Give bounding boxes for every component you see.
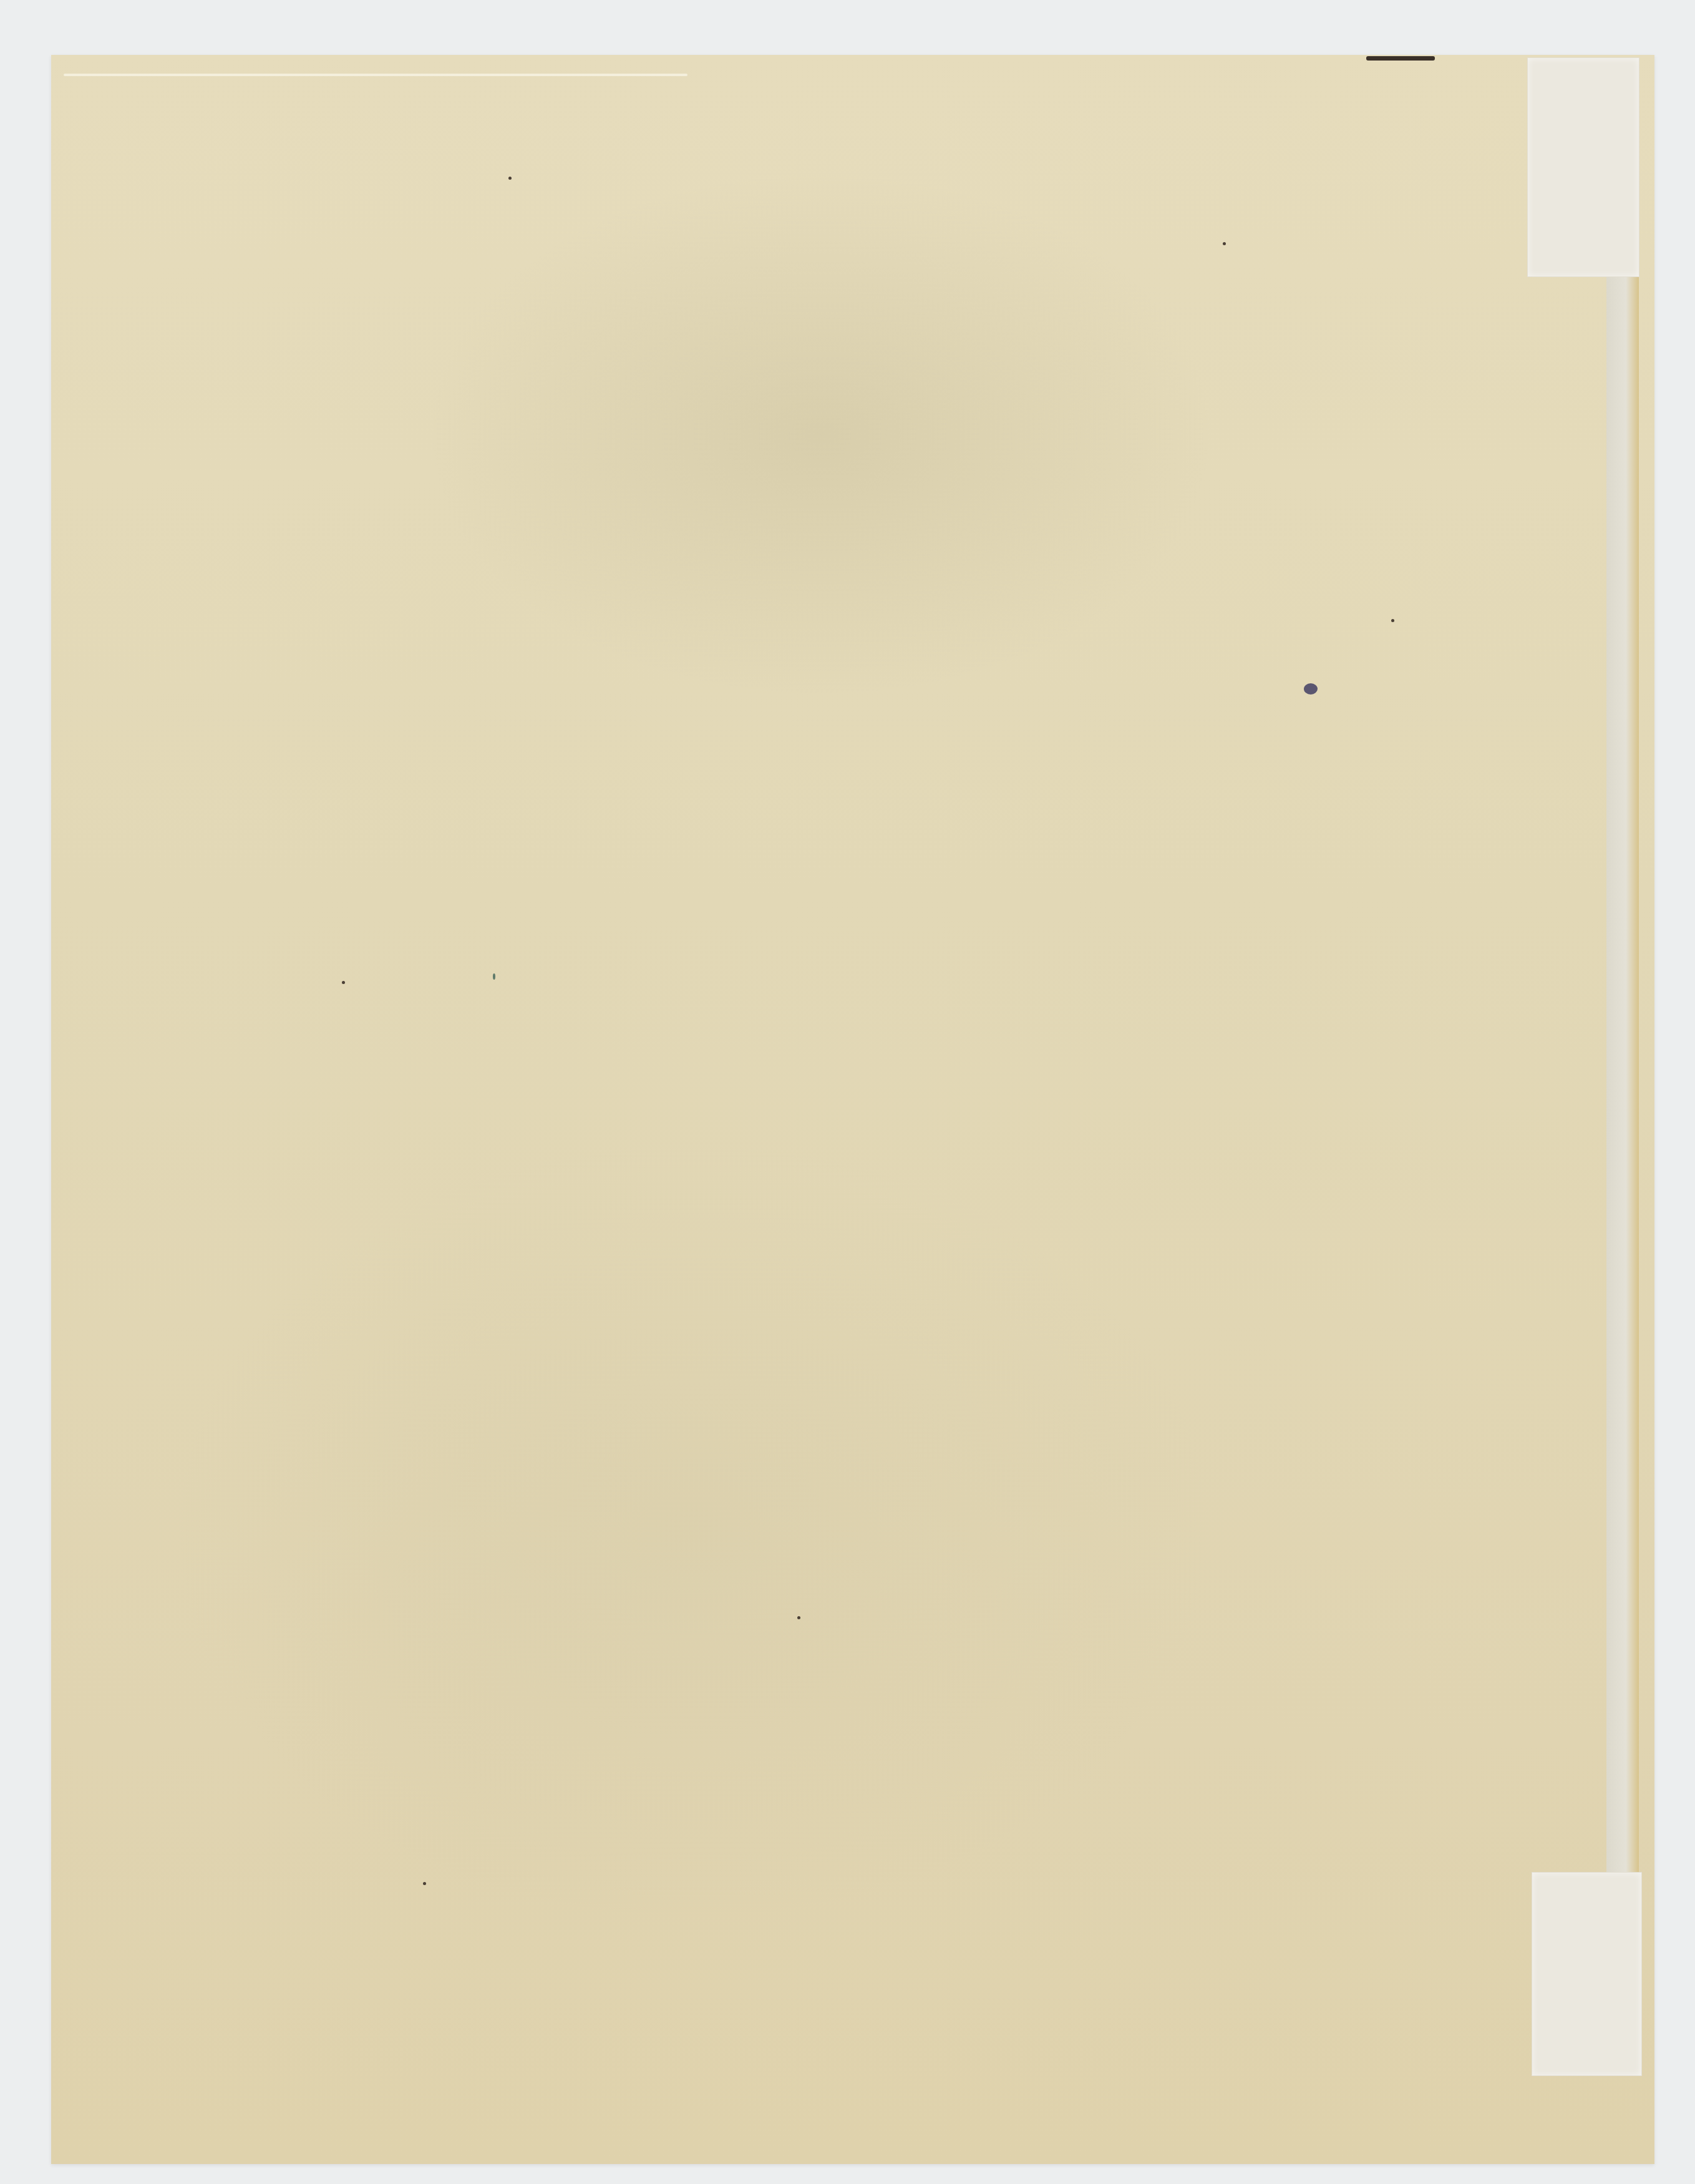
paper-speck	[1391, 619, 1394, 622]
mounting-strip	[1606, 275, 1639, 2072]
green-ink-fleck	[493, 973, 495, 980]
ink-blot	[1304, 683, 1318, 695]
ink-mark-top-edge	[1366, 56, 1435, 61]
tape-hinge-bottom	[1532, 1872, 1642, 2076]
paper-crease	[64, 74, 687, 76]
paper-speck	[797, 1616, 800, 1619]
paper-speck	[342, 981, 345, 984]
paper-sheet	[51, 55, 1654, 2164]
paper-speck	[423, 1882, 426, 1885]
paper-speck	[508, 177, 512, 180]
tape-hinge-top	[1527, 57, 1639, 277]
paper-speck	[1223, 242, 1226, 245]
